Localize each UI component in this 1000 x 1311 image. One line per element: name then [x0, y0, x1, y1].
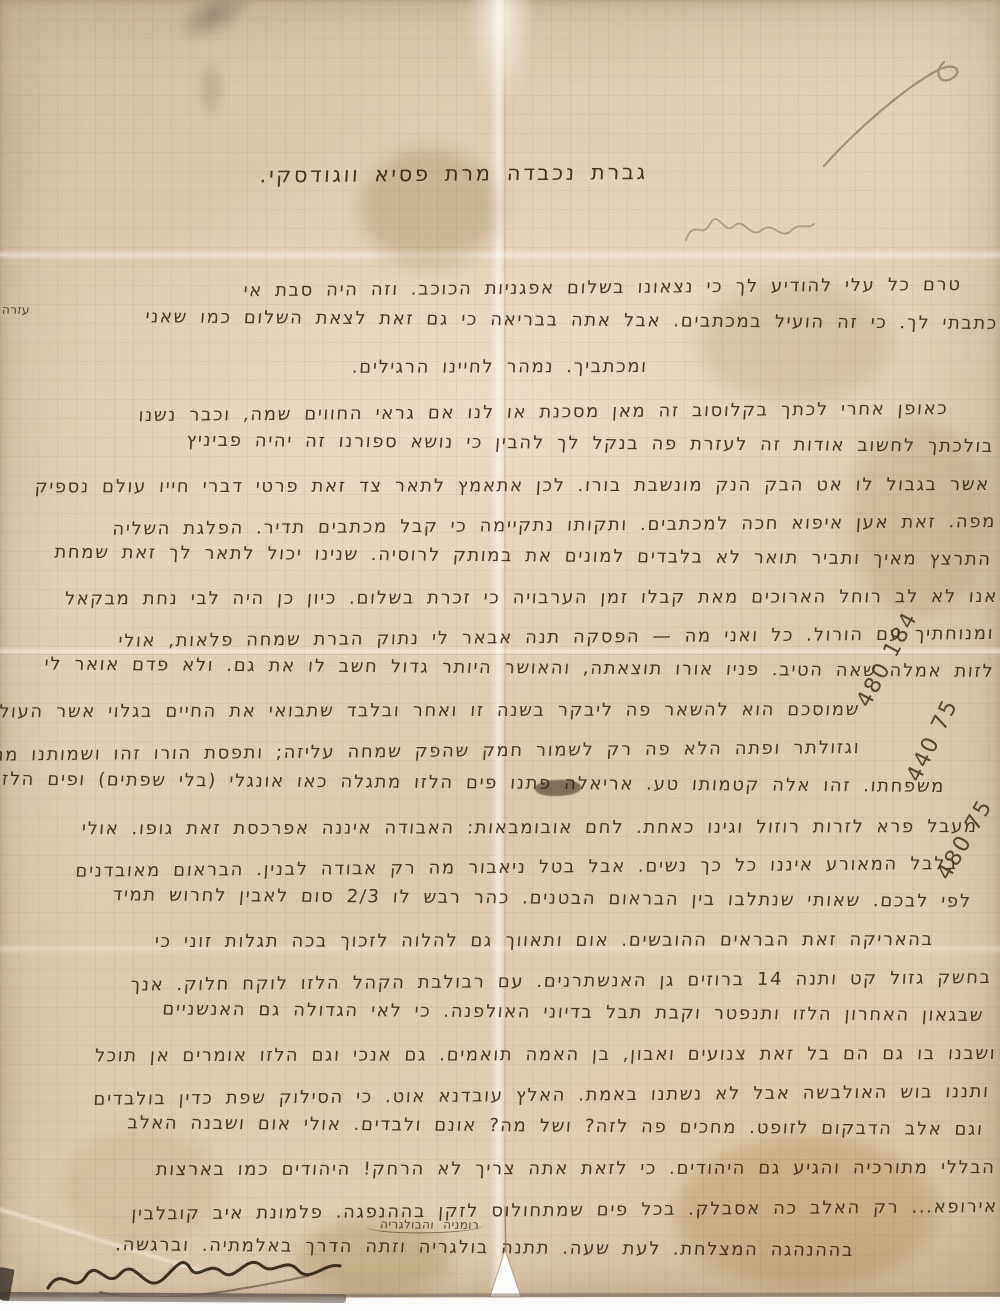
- handwritten-line: ושבנו בו גם הם בל זאת צנועים ואבון, בן ה…: [94, 1043, 997, 1066]
- handwritten-line: אנו לא לב רוחל הארוכים מאת קבלו זמן הערב…: [64, 586, 998, 609]
- handwritten-line: בהאריקה זאת הבראים ההובשים. אום ותאווך ג…: [155, 929, 935, 952]
- pencil-flourish-mark: [818, 48, 988, 173]
- handwritten-line: מעבל פרא לזרות רוזול וגינו כאחת. לחם אוב…: [81, 816, 978, 839]
- handwritten-line: ומכתביך. נמהר לחיינו הרגילים.: [352, 356, 649, 378]
- pencil-scribble-annotation: [680, 200, 820, 258]
- horizontal-crease: [0, 250, 1000, 260]
- letter-paper: גברת נכבדה מרת פסיא ווגודסקי. טרם כל עלי…: [0, 0, 1000, 1297]
- handwritten-line: אשר בגבול לו אט הבק הנק מונשבת בורו. לכן…: [34, 474, 990, 497]
- scanned-letter: גברת נכבדה מרת פסיא ווגודסקי. טרם כל עלי…: [0, 0, 1000, 1311]
- letter-heading: גברת נכבדה מרת פסיא ווגודסקי.: [259, 160, 649, 187]
- stain: [60, 1128, 220, 1248]
- handwritten-line: הבללי מתורכיה והגיע גם היהודים. כי לזאת …: [156, 1157, 997, 1180]
- stain: [700, 282, 890, 402]
- interline-insertion: רומניה והבולגריה: [365, 1217, 485, 1234]
- worn-fold-tip: [466, 0, 536, 112]
- pencil-smudge: [196, 58, 226, 122]
- handwritten-line: שמוסכם הוא להשאר פה ליבקר בשנה זו ואחר ו…: [0, 699, 861, 722]
- interline-insertion: עזרה: [1, 303, 30, 317]
- torn-notch: [480, 1200, 532, 1300]
